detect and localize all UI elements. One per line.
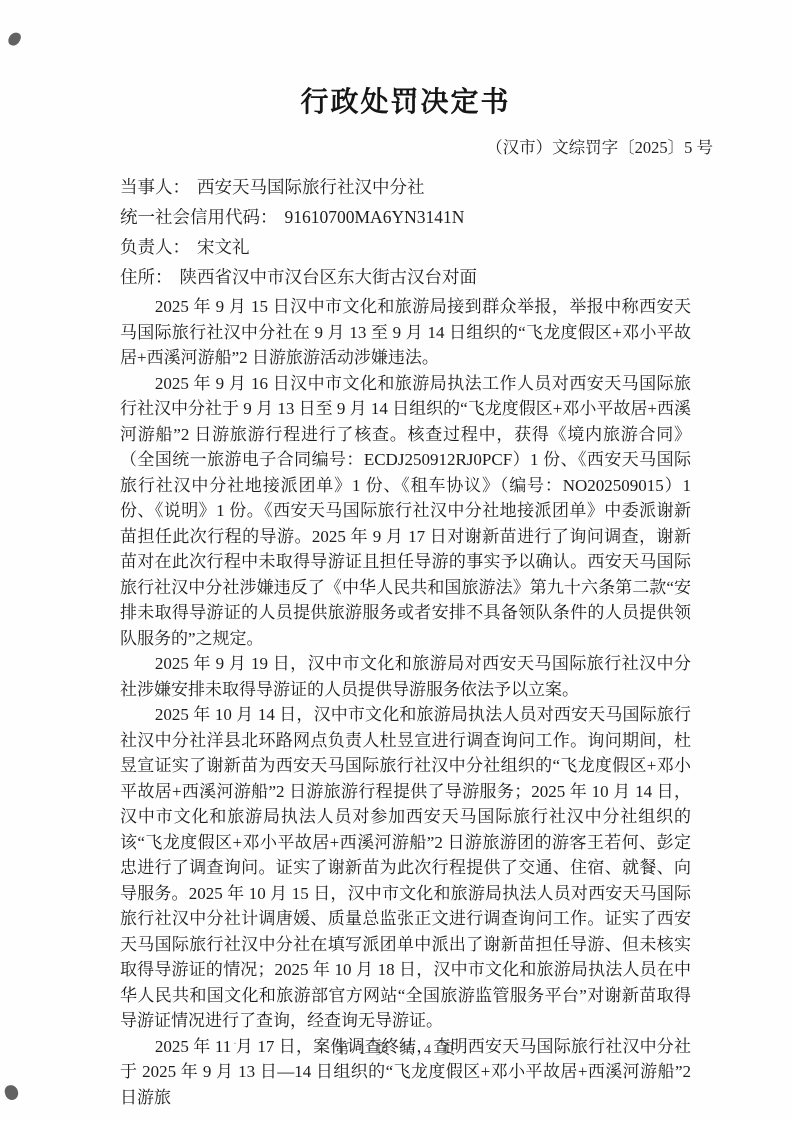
page-number: 第 1 页 共 4 页 xyxy=(335,1042,459,1058)
party-label: 当事人： xyxy=(120,177,190,197)
party-value: 陕西省汉中市汉台区东大街古汉台对面 xyxy=(180,267,478,287)
body-paragraph-4: 2025 年 10 月 14 日，汉中市文化和旅游局执法人员对西安天马国际旅行社… xyxy=(120,702,691,1034)
body-paragraph-3: 2025 年 9 月 19 日，汉中市文化和旅游局对西安天马国际旅行社汉中分社涉… xyxy=(120,651,691,702)
party-info-block: 当事人：西安天马国际旅行社汉中分社 统一社会信用代码：91610700MA6YN… xyxy=(120,172,691,292)
body-paragraph-1: 2025 年 9 月 15 日汉中市文化和旅游局接到群众举报，举报中称西安天马国… xyxy=(120,294,691,371)
party-line-legal-rep: 负责人：宋文礼 xyxy=(120,232,691,262)
document-number: （汉市）文综罚字〔2025〕5 号 xyxy=(120,136,713,160)
party-value: 91610700MA6YN3141N xyxy=(285,207,465,227)
scan-dot: · xyxy=(233,1036,237,1051)
party-label: 统一社会信用代码： xyxy=(120,207,278,227)
party-line-credit-code: 统一社会信用代码：91610700MA6YN3141N xyxy=(120,202,691,232)
document-content: 行政处罚决定书 （汉市）文综罚字〔2025〕5 号 当事人：西安天马国际旅行社汉… xyxy=(0,0,793,1110)
party-line-address: 住所：陕西省汉中市汉台区东大街古汉台对面 xyxy=(120,262,691,292)
document-body: 2025 年 9 月 15 日汉中市文化和旅游局接到群众举报，举报中称西安天马国… xyxy=(120,294,691,1110)
document-page: 行政处罚决定书 （汉市）文综罚字〔2025〕5 号 当事人：西安天马国际旅行社汉… xyxy=(0,0,793,1121)
party-value: 西安天马国际旅行社汉中分社 xyxy=(197,177,425,197)
party-value: 宋文礼 xyxy=(197,237,250,257)
body-paragraph-2: 2025 年 9 月 16 日汉中市文化和旅游局执法工作人员对西安天马国际旅行社… xyxy=(120,371,691,652)
party-label: 负责人： xyxy=(120,237,190,257)
page-footer: · 第 1 页 共 4 页 xyxy=(0,1038,793,1059)
party-line-name: 当事人：西安天马国际旅行社汉中分社 xyxy=(120,172,691,202)
party-label: 住所： xyxy=(120,267,173,287)
document-title: 行政处罚决定书 xyxy=(120,84,691,122)
